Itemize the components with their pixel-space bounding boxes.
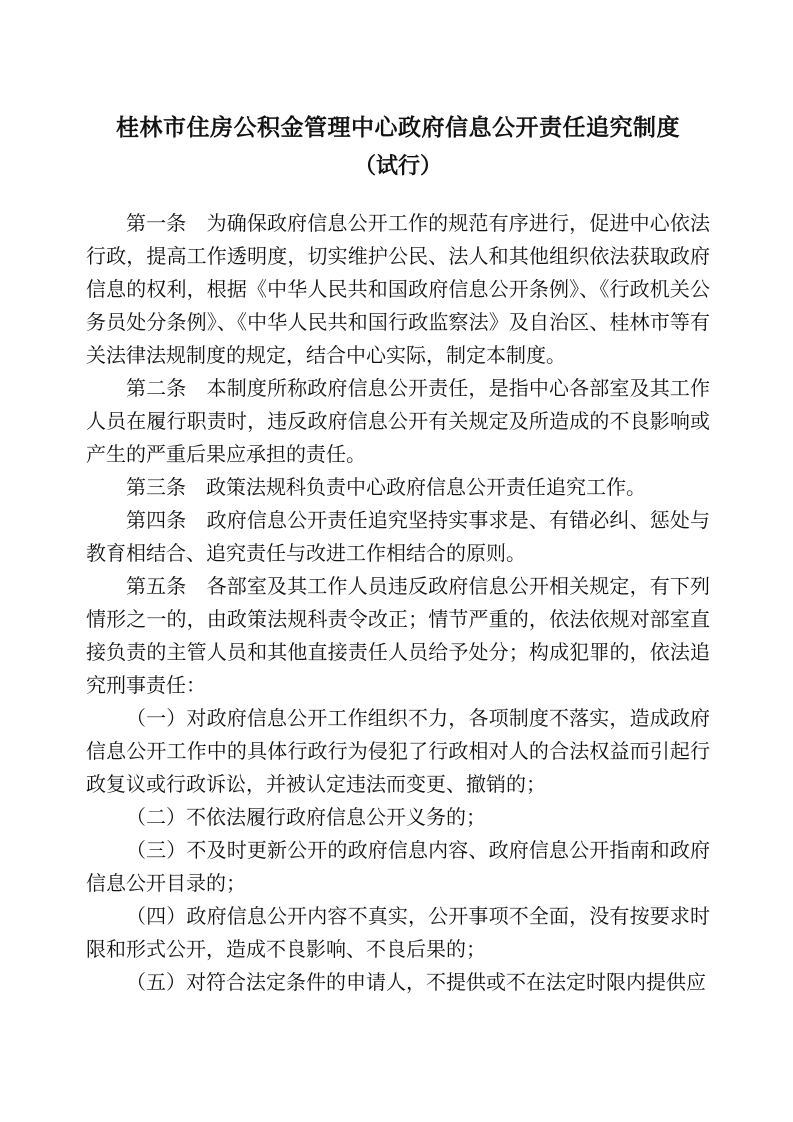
document-content: 桂林市住房公积金管理中心政府信息公开责任追究制度 （试行） 第一条 为确保政府信… — [86, 109, 710, 1000]
document-body: 第一条 为确保政府信息公开工作的规范有序进行，促进中心依法行政，提高工作透明度，… — [86, 208, 710, 1000]
paragraph-item-3: （三）不及时更新公开的政府信息内容、政府信息公开指南和政府信息公开目录的； — [86, 835, 710, 901]
document-page: 桂林市住房公积金管理中心政府信息公开责任追究制度 （试行） 第一条 为确保政府信… — [0, 0, 793, 1122]
paragraph-article-4: 第四条 政府信息公开责任追究坚持实事求是、有错必纠、惩处与教育相结合、追究责任与… — [86, 505, 710, 571]
paragraph-article-2: 第二条 本制度所称政府信息公开责任，是指中心各部室及其工作人员在履行职责时，违反… — [86, 373, 710, 472]
paragraph-item-5: （五）对符合法定条件的申请人，不提供或不在法定时限内提供应 — [86, 967, 710, 1000]
paragraph-article-5: 第五条 各部室及其工作人员违反政府信息公开相关规定，有下列情形之一的，由政策法规… — [86, 571, 710, 703]
document-subtitle: （试行） — [86, 147, 710, 185]
paragraph-article-3: 第三条 政策法规科负责中心政府信息公开责任追究工作。 — [86, 472, 710, 505]
paragraph-item-2: （二）不依法履行政府信息公开义务的； — [86, 802, 710, 835]
document-title: 桂林市住房公积金管理中心政府信息公开责任追究制度 — [86, 109, 710, 147]
paragraph-article-1: 第一条 为确保政府信息公开工作的规范有序进行，促进中心依法行政，提高工作透明度，… — [86, 208, 710, 373]
paragraph-item-1: （一）对政府信息公开工作组织不力，各项制度不落实，造成政府信息公开工作中的具体行… — [86, 703, 710, 802]
paragraph-item-4: （四）政府信息公开内容不真实，公开事项不全面，没有按要求时限和形式公开，造成不良… — [86, 901, 710, 967]
